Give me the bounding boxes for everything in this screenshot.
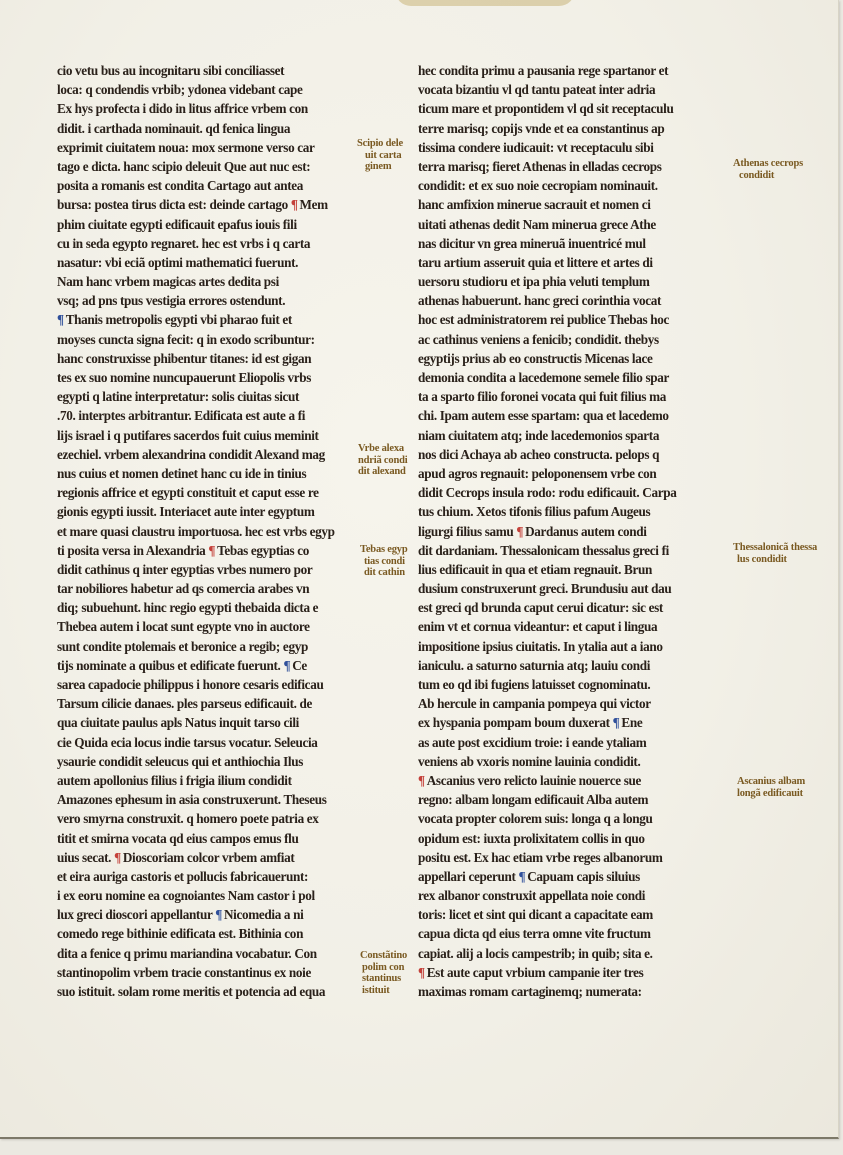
line-text-continued: Dardanus autem condi [525,524,646,539]
text-line: opidum est: iuxta prolixitatem collis in… [418,829,704,848]
line-text: appellari ceperunt [418,869,516,884]
text-line: autem apollonius filius i frigia ilium c… [57,771,338,790]
text-line: hec condita primu a pausania rege sparta… [418,61,704,80]
line-text-continued: Dioscoriam colcor vrbem amfiat [123,850,295,865]
text-line: didit. i carthada nominauit. qd fenica l… [57,119,338,138]
text-line: vocata propter colorem suis: longa q a l… [418,809,704,828]
line-text: tes ex suo nomine nuncupauerunt Eliopoli… [57,370,311,385]
text-line: ianiculu. a saturno saturnia atq; lauiu … [418,656,704,675]
text-line: gionis egypti iussit. Interiacet aute in… [57,502,338,521]
line-text: veniens ab vxoris nomine lauinia condidi… [418,754,640,769]
text-line: dita a fenice q primu mariandina vocabat… [57,944,338,963]
text-line: apud agros regnauit: peloponensem vrbe c… [418,464,704,483]
text-line: phim ciuitate egypti edificauit epafus i… [57,215,338,234]
text-line: lius edificauit in qua et etiam regnauit… [418,560,704,579]
text-line: ysaurie condidit seleucus qui et anthioc… [57,752,338,771]
text-line: cu in seda egypto regnaret. hec est vrbs… [57,234,338,253]
line-text: niam ciuitatem atq; inde lacedemonios sp… [418,428,659,443]
line-text: condidit: et ex suo noie cecropiam nomin… [418,178,658,193]
text-line: hanc amfixion minerue sacrauit et nomen … [418,195,704,214]
text-line: lux greci dioscori appellantur ¶Nicomedi… [57,905,338,924]
text-line: niam ciuitatem atq; inde lacedemonios sp… [418,426,704,445]
line-text: lijs israel i q putifares sacerdos fuit … [57,428,319,443]
line-text: ezechiel. vrbem alexandrina condidit Ale… [57,447,325,462]
text-line: exprimit ciuitatem noua: mox sermone ver… [57,138,338,157]
line-text: qua ciuitate paulus apls Natus inquit ta… [57,715,299,730]
text-line: bursa: postea tirus dicta est: deinde ca… [57,195,338,214]
text-line: as aute post excidium troie: i eande yta… [418,733,704,752]
marginal-gloss-alexandria: Vrbe alexa ndriã condi dit alexand [358,443,407,478]
text-line: appellari ceperunt ¶Capuam capis siluius [418,867,704,886]
pilcrow-red-icon: ¶ [208,543,215,558]
line-text: cie Quida ecia locus indie tarsus vocatu… [57,735,318,750]
line-text: ticum mare et propontidem vl qd sit rece… [418,101,673,116]
pilcrow-red-icon: ¶ [114,850,121,865]
line-text: nos dici Achaya ab acheo constructa. pel… [418,447,659,462]
line-text: ac cathinus veniens a fenicib; condidit.… [418,332,659,347]
line-text: positu est. Ex hac etiam vrbe reges alba… [418,850,663,865]
text-line: regno: albam longam edificauit Alba aute… [418,790,704,809]
text-line: tum eo qd ibi fugiens latuisset cognomin… [418,675,704,694]
text-line: .70. interptes arbitrantur. Edificata es… [57,406,338,425]
line-text: regno: albam longam edificauit Alba aute… [418,792,648,807]
text-line: impositione ipsius ciuitatis. In ytalia … [418,637,704,656]
line-text: maximas romam cartaginemq; numerata: [418,984,642,999]
line-text: comedo rege bithinie edificata est. Bith… [57,926,303,941]
line-text: nas dicitur vn grea mineruã inuentricé m… [418,236,646,251]
text-line: positu est. Ex hac etiam vrbe reges alba… [418,848,704,867]
line-text: suo istituit. solam rome meritis et pote… [57,984,325,999]
pilcrow-blue-icon: ¶ [215,907,222,922]
text-line: posita a romanis est condita Cartago aut… [57,176,338,195]
line-text: Nam hanc vrbem magicas artes dedita psi [57,274,279,289]
marginal-gloss-athenas: Athenas cecrops condidit [733,158,803,181]
text-line: tissima condere iudicauit: vt receptacul… [418,138,704,157]
line-text: Thebea autem i locat sunt egypte vno in … [57,619,310,634]
line-text: dusium construxerunt greci. Brundusiu au… [418,581,671,596]
text-line: tar nobiliores habetur ad qs comercia ar… [57,579,338,598]
line-text: moyses cuncta signa fecit: q in exodo sc… [57,332,315,347]
line-text: uersoru studioru et ipa phia veluti temp… [418,274,650,289]
line-text: Ascanius vero relicto lauinie nouerce su… [427,773,641,788]
text-line: vsq; ad pns tpus vestigia errores ostend… [57,291,338,310]
line-text: ligurgi filius samu [418,524,513,539]
text-line: qua ciuitate paulus apls Natus inquit ta… [57,713,338,732]
text-line: sarea capadocie philippus i honore cesar… [57,675,338,694]
marginal-gloss-tebas: Tebas egyp tias condi dit cathin [360,544,408,579]
pilcrow-red-icon: ¶ [516,524,523,539]
text-line: suo istituit. solam rome meritis et pote… [57,982,338,1001]
text-line: terra marisq; fieret Athenas in elladas … [418,157,704,176]
line-text: stantinopolim vrbem tracie constantinus … [57,965,311,980]
line-text: uius secat. [57,850,111,865]
line-text: phim ciuitate egypti edificauit epafus i… [57,217,297,232]
line-text: uitati athenas dedit Nam minerua grece A… [418,217,656,232]
text-line: ligurgi filius samu ¶Dardanus autem cond… [418,522,704,541]
text-line: ticum mare et propontidem vl qd sit rece… [418,99,704,118]
line-text-continued: Capuam capis siluius [527,869,640,884]
text-line: maximas romam cartaginemq; numerata: [418,982,704,1001]
text-line: uitati athenas dedit Nam minerua grece A… [418,215,704,234]
text-line: hoc est administratorem rei publice Theb… [418,310,704,329]
text-line: regionis affrice et egypti constituit et… [57,483,338,502]
text-line: ac cathinus veniens a fenicib; condidit.… [418,330,704,349]
line-text: tago e dicta. hanc scipio deleuit Que au… [57,159,310,174]
marginal-gloss-ascanius: Ascanius albam longã edificauit [737,776,805,799]
line-text: tar nobiliores habetur ad qs comercia ar… [57,581,309,596]
text-line: condidit: et ex suo noie cecropiam nomin… [418,176,704,195]
line-text: dit dardaniam. Thessalonicam thessalus g… [418,543,669,558]
text-line: athenas habuerunt. hanc greci corinthia … [418,291,704,310]
text-line: stantinopolim vrbem tracie constantinus … [57,963,338,982]
line-text: didit. i carthada nominauit. qd fenica l… [57,121,290,136]
text-line: egyptijs prius ab eo constructis Micenas… [418,349,704,368]
marginal-gloss-constantinopolim: Constãtino polim con stantinus istituit [360,950,407,996]
line-text: ti posita versa in Alexandria [57,543,205,558]
text-line: terre marisq; copijs vnde et ea constant… [418,119,704,138]
text-line: Ex hys profecta i dido in litus affrice … [57,99,338,118]
line-text: tus chium. Xetos tifonis filius pafum Au… [418,504,650,519]
text-line: demonia condita a lacedemone semele fili… [418,368,704,387]
text-line: taru artium asseruit quia et littere et … [418,253,704,272]
line-text: vsq; ad pns tpus vestigia errores ostend… [57,293,285,308]
text-line: didit cathinus q inter egyptias vrbes nu… [57,560,338,579]
line-text: titit et smirna vocata qd eius campos em… [57,831,298,846]
text-line: egypti q latine interpretatur: solis ciu… [57,387,338,406]
text-line: titit et smirna vocata qd eius campos em… [57,829,338,848]
text-line: hanc construxisse phibentur titanes: id … [57,349,338,368]
line-text: Amazones ephesum in asia construxerunt. … [57,792,327,807]
text-line: tago e dicta. hanc scipio deleuit Que au… [57,157,338,176]
text-line: ¶Thanis metropolis egypti vbi pharao fui… [57,310,338,329]
line-text-continued: Nicomedia a ni [224,907,303,922]
line-text: loca: q condendis vrbib; ydonea videbant… [57,82,303,97]
text-line: Tarsum cilicie danaes. ples parseus edif… [57,694,338,713]
text-line: ta a sparto filio foronei vocata qui fui… [418,387,704,406]
line-text: hoc est administratorem rei publice Theb… [418,312,669,327]
text-line: chi. Ipam autem esse spartam: qua et lac… [418,406,704,425]
text-line: moyses cuncta signa fecit: q in exodo sc… [57,330,338,349]
line-text: dita a fenice q primu mariandina vocabat… [57,946,317,961]
line-text: sunt condite ptolemais et beronice a reg… [57,639,308,654]
pilcrow-blue-icon: ¶ [283,658,290,673]
text-line: Thebea autem i locat sunt egypte vno in … [57,617,338,636]
stain-mark [395,0,575,6]
text-line: nos dici Achaya ab acheo constructa. pel… [418,445,704,464]
text-line: nus cuius et nomen detinet hanc cu ide i… [57,464,338,483]
line-text: tum eo qd ibi fugiens latuisset cognomin… [418,677,650,692]
line-text: diq; subuehunt. hinc regio egypti thebai… [57,600,318,615]
line-text: egyptijs prius ab eo constructis Micenas… [418,351,652,366]
text-line: et mare quasi claustru importuosa. hec e… [57,522,338,541]
line-text-continued: Ce [292,658,307,673]
line-text: athenas habuerunt. hanc greci corinthia … [418,293,661,308]
line-text: as aute post excidium troie: i eande yta… [418,735,646,750]
text-line: nas dicitur vn grea mineruã inuentricé m… [418,234,704,253]
line-text: vero smyrna construxit. q homero poete p… [57,811,319,826]
line-text: demonia condita a lacedemone semele fili… [418,370,669,385]
text-line: cio vetu bus au incognitaru sibi concili… [57,61,338,80]
manuscript-page: cio vetu bus au incognitaru sibi concili… [0,0,839,1139]
line-text: vocata propter colorem suis: longa q a l… [418,811,653,826]
text-line: nasatur: vbi eciã optimi mathematici fue… [57,253,338,272]
line-text: hec condita primu a pausania rege sparta… [418,63,668,78]
line-text: terra marisq; fieret Athenas in elladas … [418,159,662,174]
text-line: Nam hanc vrbem magicas artes dedita psi [57,272,338,291]
line-text: exprimit ciuitatem noua: mox sermone ver… [57,140,315,155]
pilcrow-red-icon: ¶ [418,773,425,788]
text-line: cie Quida ecia locus indie tarsus vocatu… [57,733,338,752]
text-line: tus chium. Xetos tifonis filius pafum Au… [418,502,704,521]
line-text: hanc amfixion minerue sacrauit et nomen … [418,197,651,212]
line-text-continued: Mem [300,197,328,212]
text-line: rex albanor construxit appellata noie co… [418,886,704,905]
text-line: ti posita versa in Alexandria ¶Tebas egy… [57,541,338,560]
text-line: loca: q condendis vrbib; ydonea videbant… [57,80,338,99]
line-text: .70. interptes arbitrantur. Edificata es… [57,408,305,423]
pilcrow-red-icon: ¶ [291,197,298,212]
line-text: apud agros regnauit: peloponensem vrbe c… [418,466,656,481]
line-text: autem apollonius filius i frigia ilium c… [57,773,292,788]
line-text: ysaurie condidit seleucus qui et anthioc… [57,754,303,769]
line-text: capua dicta qd eius terra omne vite fruc… [418,926,651,941]
line-text: hanc construxisse phibentur titanes: id … [57,351,311,366]
line-text: terre marisq; copijs vnde et ea constant… [418,121,664,136]
text-line: dusium construxerunt greci. Brundusiu au… [418,579,704,598]
right-text-column: hec condita primu a pausania rege sparta… [418,61,713,1001]
line-text: lius edificauit in qua et etiam regnauit… [418,562,652,577]
line-text: gionis egypti iussit. Interiacet aute in… [57,504,315,519]
line-text: Est aute caput vrbium campanie iter tres [427,965,644,980]
line-text: posita a romanis est condita Cartago aut… [57,178,303,193]
text-line: didit Cecrops insula rodo: rodu edificau… [418,483,704,502]
pilcrow-red-icon: ¶ [418,965,425,980]
text-line: tes ex suo nomine nuncupauerunt Eliopoli… [57,368,338,387]
text-line: veniens ab vxoris nomine lauinia condidi… [418,752,704,771]
text-line: ¶Ascanius vero relicto lauinie nouerce s… [418,771,704,790]
text-line: lijs israel i q putifares sacerdos fuit … [57,426,338,445]
line-text: capiat. alij a locis campestrib; in quib… [418,946,653,961]
line-text: regionis affrice et egypti constituit et… [57,485,319,500]
line-text: enim vt et cornua videantur: et caput i … [418,619,657,634]
text-line: Ab hercule in campania pompeya qui victo… [418,694,704,713]
text-line: est greci qd brunda caput cerui dicatur:… [418,598,704,617]
line-text: i ex eoru nomine ea cognoiantes Nam cast… [57,888,315,903]
marginal-gloss-scipio: Scipio dele uit carta ginem [357,138,403,173]
line-text: tijs nominate a quibus et edificate fuer… [57,658,281,673]
line-text: didit cathinus q inter egyptias vrbes nu… [57,562,312,577]
line-text: tissima condere iudicauit: vt receptacul… [418,140,654,155]
line-text-continued: Tebas egyptias co [217,543,309,558]
line-text: sarea capadocie philippus i honore cesar… [57,677,323,692]
text-line: tijs nominate a quibus et edificate fuer… [57,656,338,675]
text-line: toris: licet et sint qui dicant a capaci… [418,905,704,924]
line-text: vocata bizantiu vl qd tantu pateat inter… [418,82,655,97]
line-text: opidum est: iuxta prolixitatem collis in… [418,831,645,846]
line-text: bursa: postea tirus dicta est: deinde ca… [57,197,288,212]
line-text: nasatur: vbi eciã optimi mathematici fue… [57,255,298,270]
line-text: cu in seda egypto regnaret. hec est vrbs… [57,236,310,251]
pilcrow-blue-icon: ¶ [519,869,526,884]
line-text: ex hyspania pompam boum duxerat [418,715,610,730]
line-text: didit Cecrops insula rodo: rodu edificau… [418,485,676,500]
line-text-continued: Ene [621,715,642,730]
text-line: enim vt et cornua videantur: et caput i … [418,617,704,636]
text-line: et eira auriga castoris et pollucis fabr… [57,867,338,886]
text-line: uersoru studioru et ipa phia veluti temp… [418,272,704,291]
text-line: vero smyrna construxit. q homero poete p… [57,809,338,828]
line-text: ta a sparto filio foronei vocata qui fui… [418,389,666,404]
line-text: Tarsum cilicie danaes. ples parseus edif… [57,696,312,711]
text-line: ezechiel. vrbem alexandrina condidit Ale… [57,445,338,464]
text-line: Amazones ephesum in asia construxerunt. … [57,790,338,809]
text-line: ¶Est aute caput vrbium campanie iter tre… [418,963,704,982]
line-text: est greci qd brunda caput cerui dicatur:… [418,600,663,615]
text-line: capiat. alij a locis campestrib; in quib… [418,944,704,963]
marginal-gloss-thessalonica: Thessalonicã thessa lus condidit [733,542,817,565]
text-line: capua dicta qd eius terra omne vite fruc… [418,924,704,943]
line-text: nus cuius et nomen detinet hanc cu ide i… [57,466,306,481]
text-line: diq; subuehunt. hinc regio egypti thebai… [57,598,338,617]
line-text: impositione ipsius ciuitatis. In ytalia … [418,639,663,654]
pilcrow-blue-icon: ¶ [57,312,64,327]
line-text: chi. Ipam autem esse spartam: qua et lac… [418,408,669,423]
text-line: comedo rege bithinie edificata est. Bith… [57,924,338,943]
line-text: taru artium asseruit quia et littere et … [418,255,653,270]
text-line: vocata bizantiu vl qd tantu pateat inter… [418,80,704,99]
text-line: uius secat. ¶Dioscoriam colcor vrbem amf… [57,848,338,867]
line-text: rex albanor construxit appellata noie co… [418,888,645,903]
line-text: et mare quasi claustru importuosa. hec e… [57,524,335,539]
line-text: Ex hys profecta i dido in litus affrice … [57,101,308,116]
line-text: lux greci dioscori appellantur [57,907,212,922]
line-text: cio vetu bus au incognitaru sibi concili… [57,63,284,78]
text-line: i ex eoru nomine ea cognoiantes Nam cast… [57,886,338,905]
line-text: Thanis metropolis egypti vbi pharao fuit… [66,312,292,327]
text-line: dit dardaniam. Thessalonicam thessalus g… [418,541,704,560]
line-text: ianiculu. a saturno saturnia atq; lauiu … [418,658,650,673]
line-text: egypti q latine interpretatur: solis ciu… [57,389,299,404]
pilcrow-blue-icon: ¶ [613,715,620,730]
text-line: ex hyspania pompam boum duxerat ¶Ene [418,713,704,732]
line-text: et eira auriga castoris et pollucis fabr… [57,869,308,884]
text-line: sunt condite ptolemais et beronice a reg… [57,637,338,656]
line-text: Ab hercule in campania pompeya qui victo… [418,696,651,711]
line-text: toris: licet et sint qui dicant a capaci… [418,907,653,922]
left-text-column: cio vetu bus au incognitaru sibi concili… [57,61,347,1001]
